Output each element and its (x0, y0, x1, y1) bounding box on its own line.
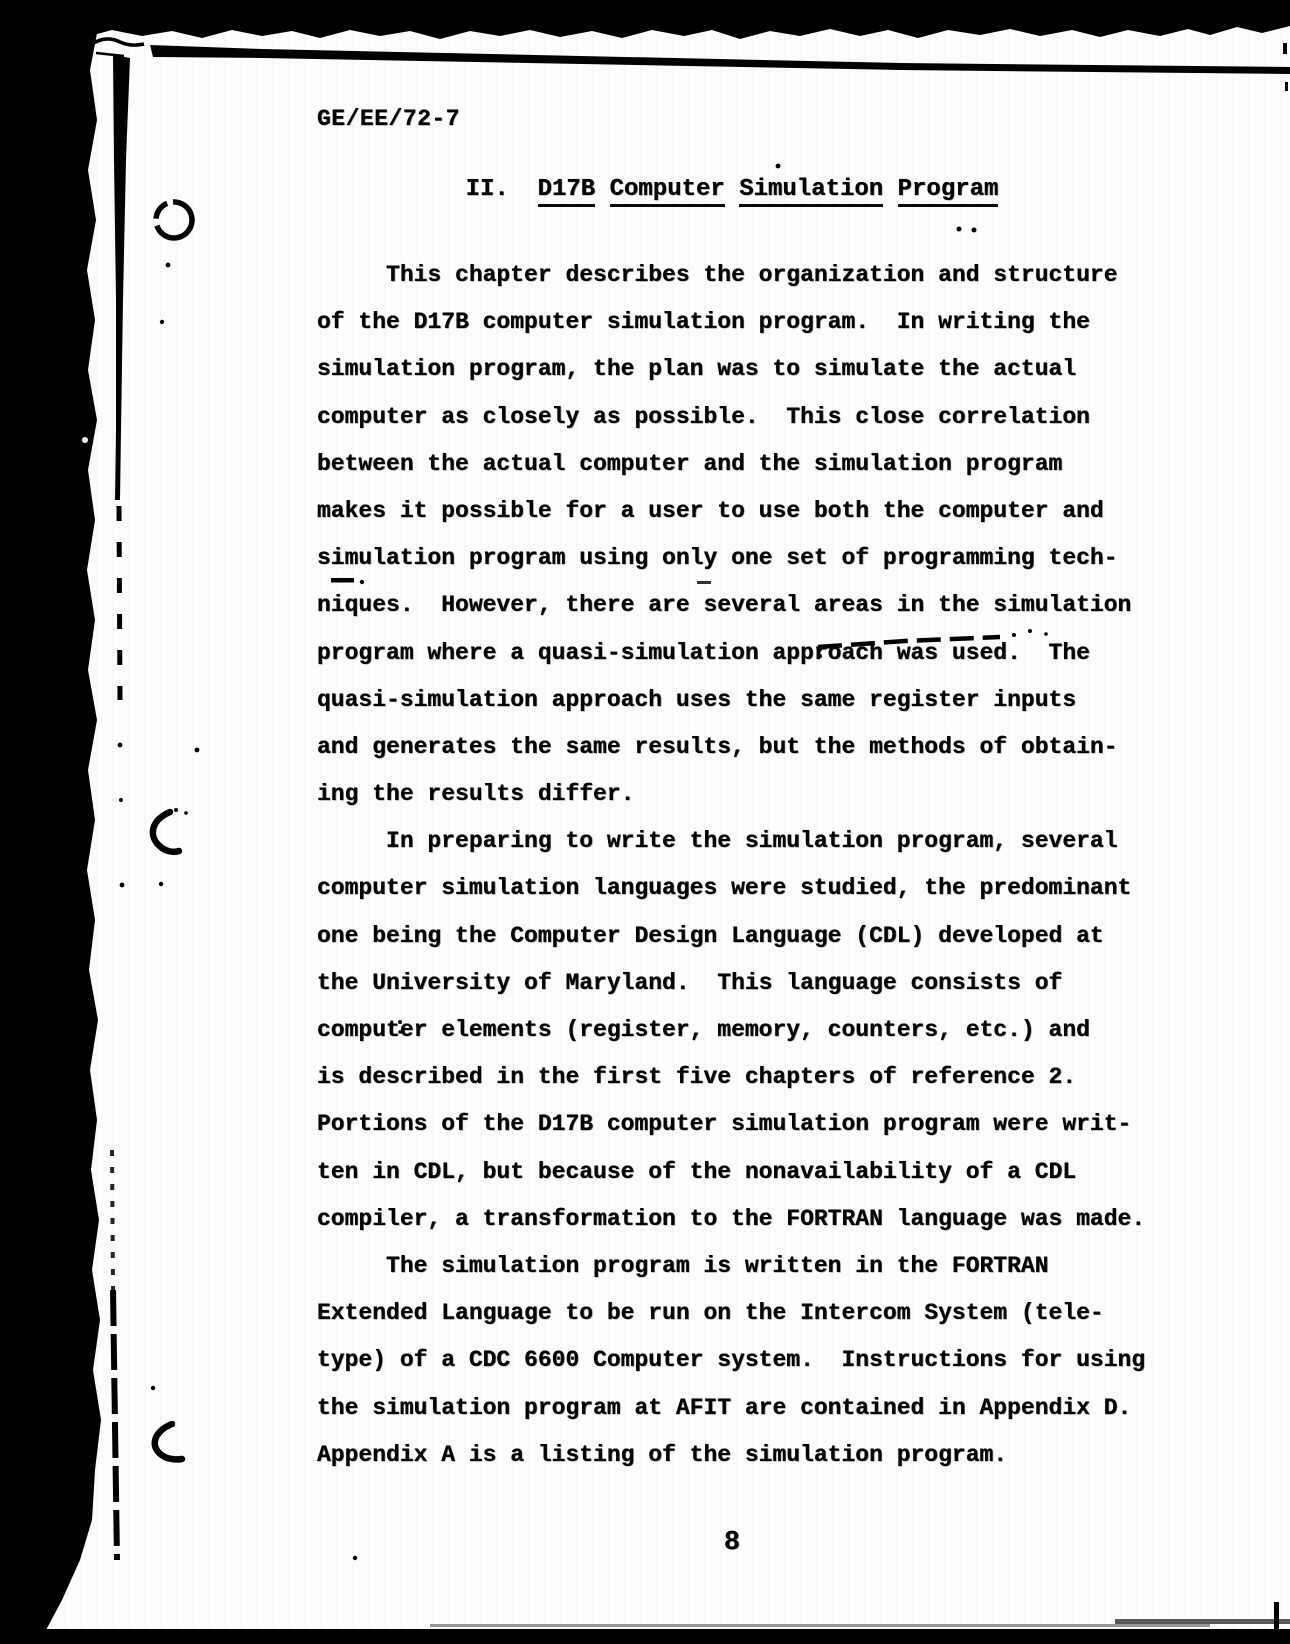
chapter-number: II. (466, 176, 509, 203)
body-text-line: the simulation program at AFIT are conta… (317, 1385, 1217, 1432)
scan-page-edge-line (113, 55, 130, 500)
chapter-title-word: Computer (610, 176, 725, 207)
body-text-line: Portions of the D17B computer simulation… (317, 1101, 1217, 1148)
body-text-line: Appendix A is a listing of the simulatio… (317, 1432, 1217, 1479)
body-text-line: simulation program using only one set of… (317, 535, 1217, 582)
body-text-line: niques. However, there are several areas… (317, 582, 1217, 629)
chapter-title-word: Program (898, 176, 999, 207)
chapter-title: II.D17BComputerSimulationProgram (317, 176, 1147, 203)
body-text-line: ing the results differ. (317, 771, 1217, 818)
body-text-line: computer simulation languages were studi… (317, 865, 1217, 912)
body-text-line: In preparing to write the simulation pro… (317, 818, 1217, 865)
chapter-title-word: Simulation (739, 176, 883, 207)
body-text-line: simulation program, the plan was to simu… (317, 346, 1217, 393)
document-id: GE/EE/72-7 (317, 106, 460, 132)
body-text-line: The simulation program is written in the… (317, 1243, 1217, 1290)
handwritten-circle-mark (149, 195, 199, 245)
body-text-line: This chapter describes the organization … (317, 252, 1217, 299)
body-text-line: computer as closely as possible. This cl… (317, 394, 1217, 441)
body-text-line: program where a quasi-simulation approac… (317, 630, 1217, 677)
body-text-line: of the D17B computer simulation program.… (317, 299, 1217, 346)
scan-edge-left (0, 24, 101, 1644)
scan-edge-top (0, 0, 1290, 39)
scan-crease-line (150, 45, 1290, 74)
body-text-line: is described in the first five chapters … (317, 1054, 1217, 1101)
body-text: This chapter describes the organization … (317, 252, 1217, 1479)
scanned-document-page: GE/EE/72-7 II.D17BComputerSimulationProg… (0, 0, 1290, 1644)
page-number: 8 (317, 1528, 1147, 1558)
body-text-line: between the actual computer and the simu… (317, 441, 1217, 488)
body-text-line: compiler, a transformation to the FORTRA… (317, 1196, 1217, 1243)
body-text-line: computer elements (register, memory, cou… (317, 1007, 1217, 1054)
handwritten-paren-mark-1 (153, 812, 179, 852)
body-text-line: and generates the same results, but the … (317, 724, 1217, 771)
handwritten-paren-mark-2 (155, 1424, 182, 1459)
body-text-line: ten in CDL, but because of the nonavaila… (317, 1149, 1217, 1196)
body-text-line: makes it possible for a user to use both… (317, 488, 1217, 535)
body-text-line: type) of a CDC 6600 Computer system. Ins… (317, 1337, 1217, 1384)
chapter-title-word: D17B (538, 176, 596, 207)
body-text-line: the University of Maryland. This languag… (317, 960, 1217, 1007)
body-text-line: Extended Language to be run on the Inter… (317, 1290, 1217, 1337)
scan-edge-bottom (0, 1629, 1290, 1644)
body-text-line: quasi-simulation approach uses the same … (317, 677, 1217, 724)
body-text-line: one being the Computer Design Language (… (317, 913, 1217, 960)
chapter-title-words: D17BComputerSimulationProgram (538, 176, 999, 203)
